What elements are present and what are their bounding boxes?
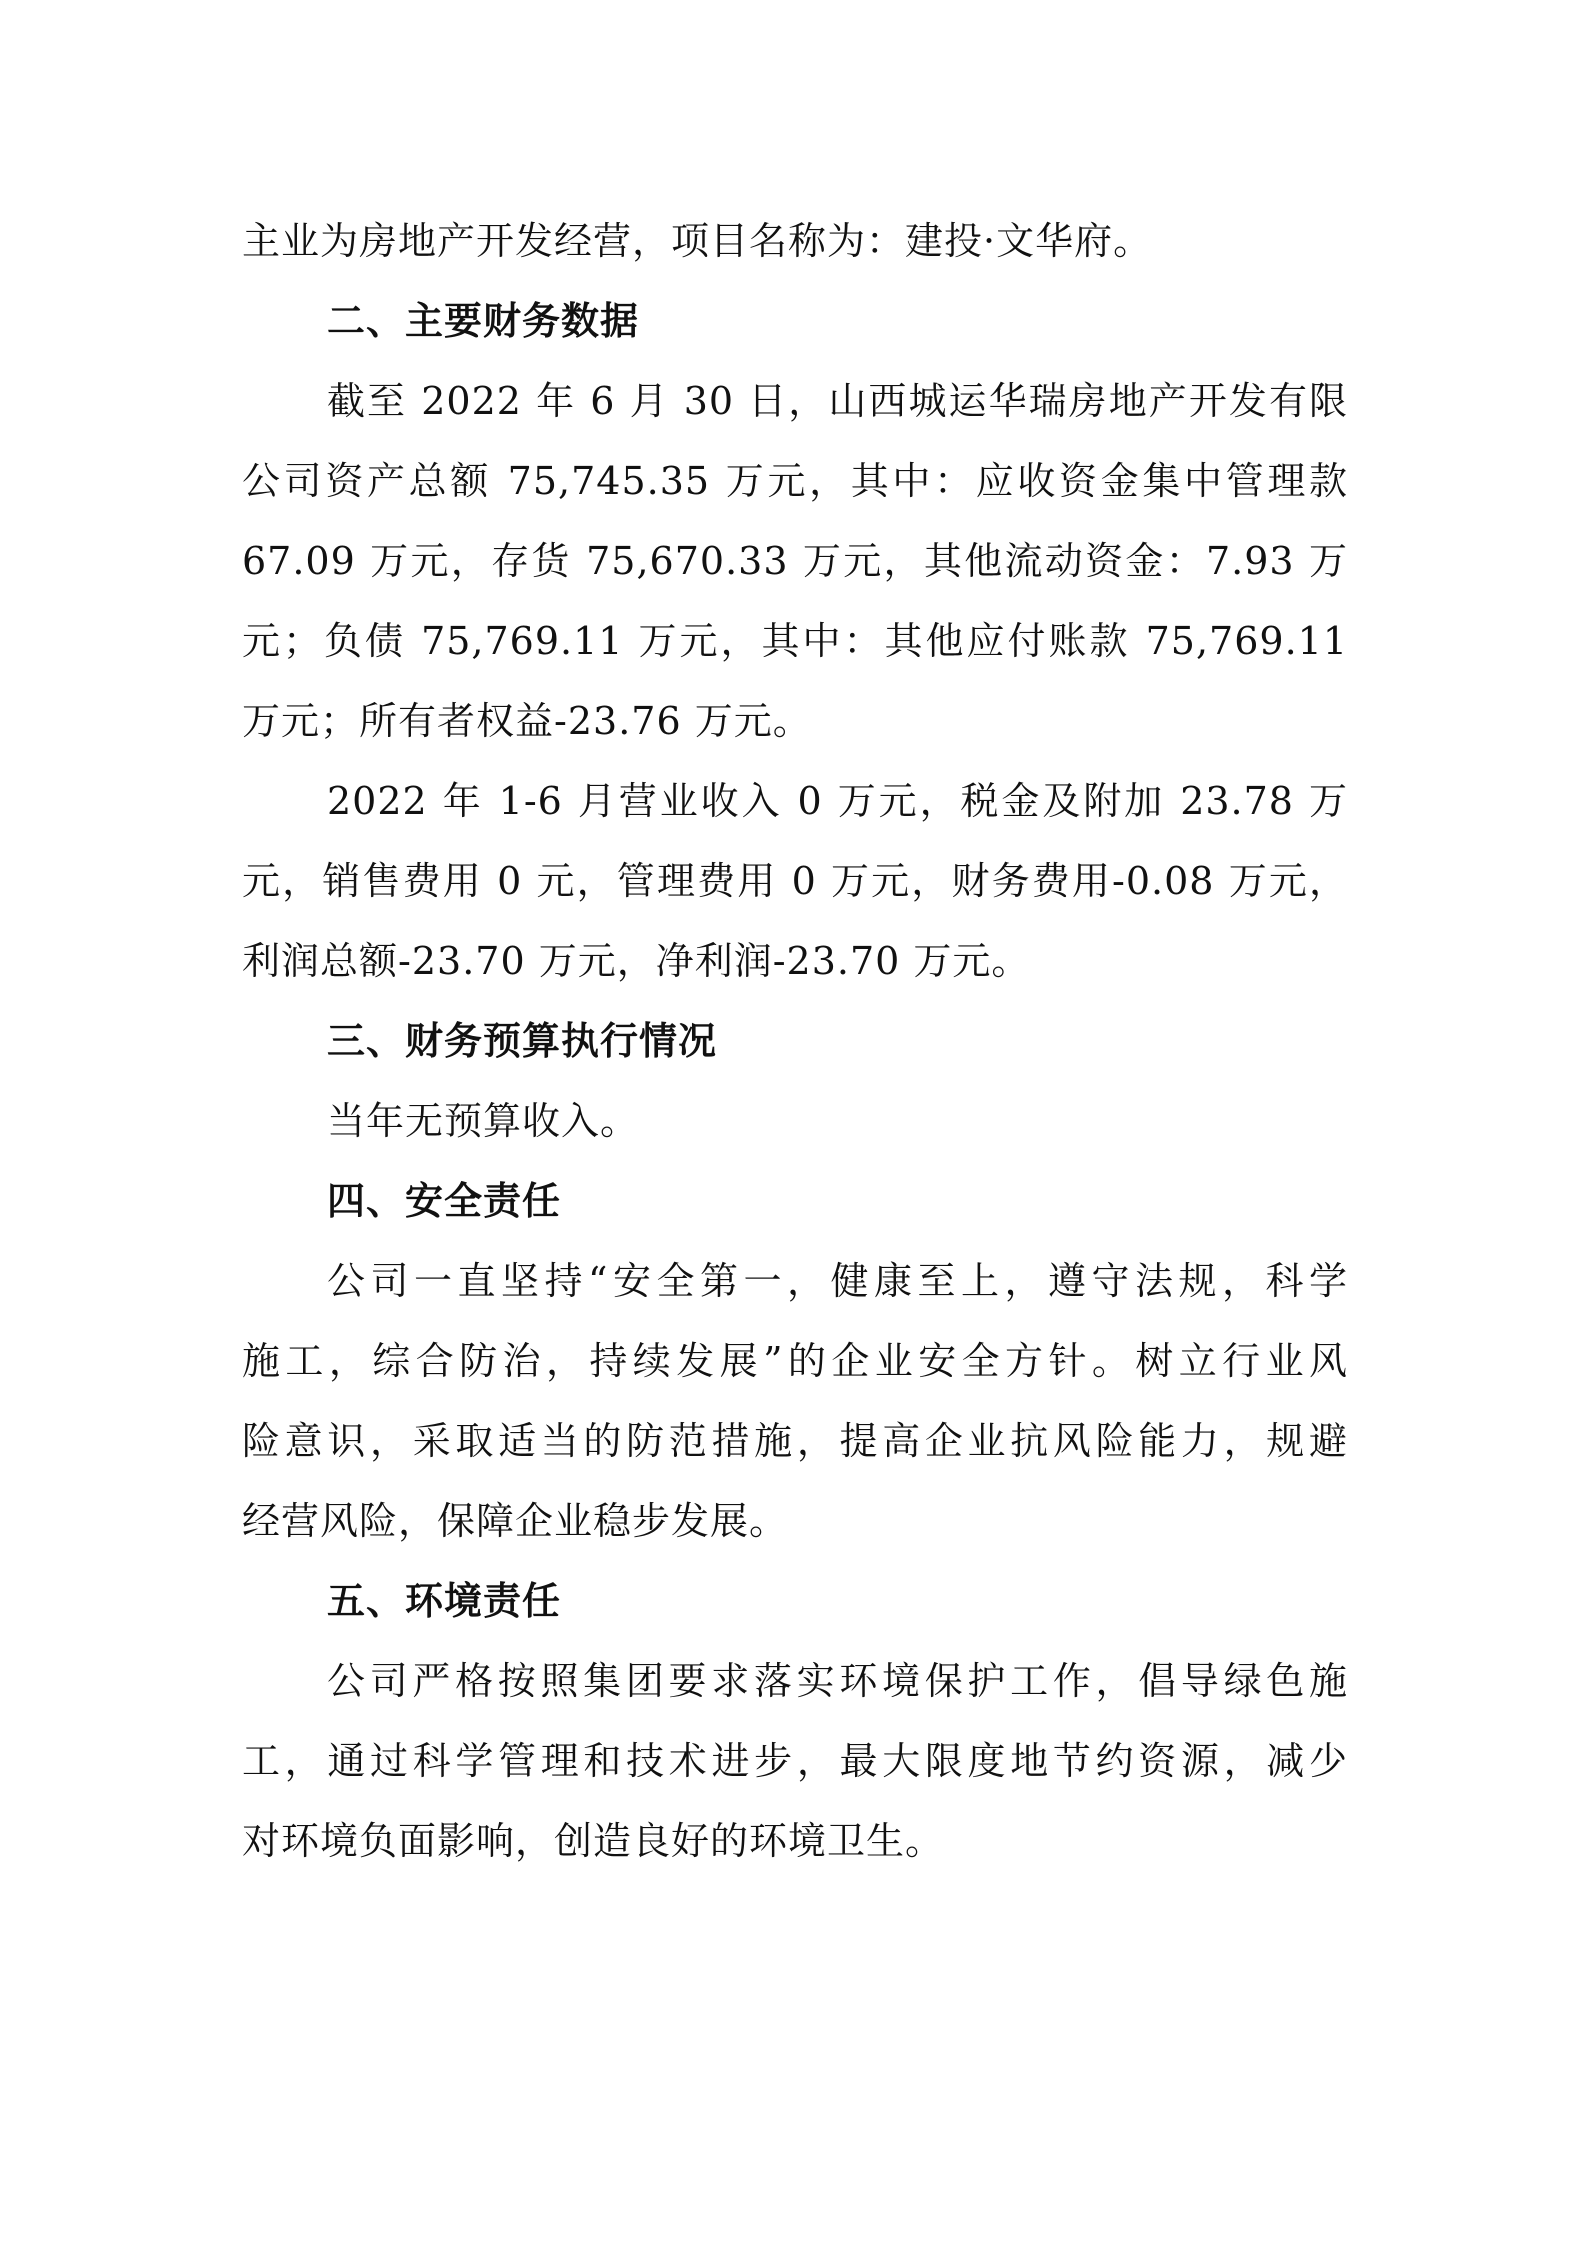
paragraph-financial-line-5: 万元；所有者权益-23.76 万元。: [242, 692, 1348, 772]
paragraph-financial-line-3: 67.09 万元，存货 75,670.33 万元，其他流动资金：7.93 万: [242, 532, 1348, 612]
document-page: 主业为房地产开发经营，项目名称为：建投·文华府。 二、主要财务数据 截至 202…: [0, 0, 1587, 2245]
paragraph-safety-line-4: 经营风险，保障企业稳步发展。: [242, 1492, 1348, 1572]
paragraph-income-line-1: 2022 年 1-6 月营业收入 0 万元，税金及附加 23.78 万: [242, 772, 1348, 852]
paragraph-safety-line-3: 险意识，采取适当的防范措施，提高企业抗风险能力，规避: [242, 1412, 1348, 1492]
paragraph-financial-line-2: 公司资产总额 75,745.35 万元，其中：应收资金集中管理款: [242, 452, 1348, 532]
paragraph-income-line-3: 利润总额-23.70 万元，净利润-23.70 万元。: [242, 932, 1348, 1012]
heading-environment: 五、环境责任: [242, 1572, 1348, 1652]
paragraph-budget-line-1: 当年无预算收入。: [242, 1092, 1348, 1172]
heading-safety: 四、安全责任: [242, 1172, 1348, 1252]
heading-financial-data: 二、主要财务数据: [242, 292, 1348, 372]
paragraph-safety-line-2: 施工，综合防治，持续发展”的企业安全方针。树立行业风: [242, 1332, 1348, 1412]
paragraph-environment-line-3: 对环境负面影响，创造良好的环境卫生。: [242, 1812, 1348, 1892]
paragraph-environment-line-1: 公司严格按照集团要求落实环境保护工作，倡导绿色施: [242, 1652, 1348, 1732]
heading-budget: 三、财务预算执行情况: [242, 1012, 1348, 1092]
document-body: 主业为房地产开发经营，项目名称为：建投·文华府。 二、主要财务数据 截至 202…: [242, 212, 1348, 1892]
paragraph-financial-line-4: 元；负债 75,769.11 万元，其中：其他应付账款 75,769.11: [242, 612, 1348, 692]
paragraph-intro-line-1: 主业为房地产开发经营，项目名称为：建投·文华府。: [242, 212, 1348, 292]
paragraph-income-line-2: 元，销售费用 0 元，管理费用 0 万元，财务费用-0.08 万元，: [242, 852, 1348, 932]
paragraph-financial-line-1: 截至 2022 年 6 月 30 日，山西城运华瑞房地产开发有限: [242, 372, 1348, 452]
paragraph-safety-line-1: 公司一直坚持“安全第一，健康至上，遵守法规，科学: [242, 1252, 1348, 1332]
paragraph-environment-line-2: 工，通过科学管理和技术进步，最大限度地节约资源，减少: [242, 1732, 1348, 1812]
